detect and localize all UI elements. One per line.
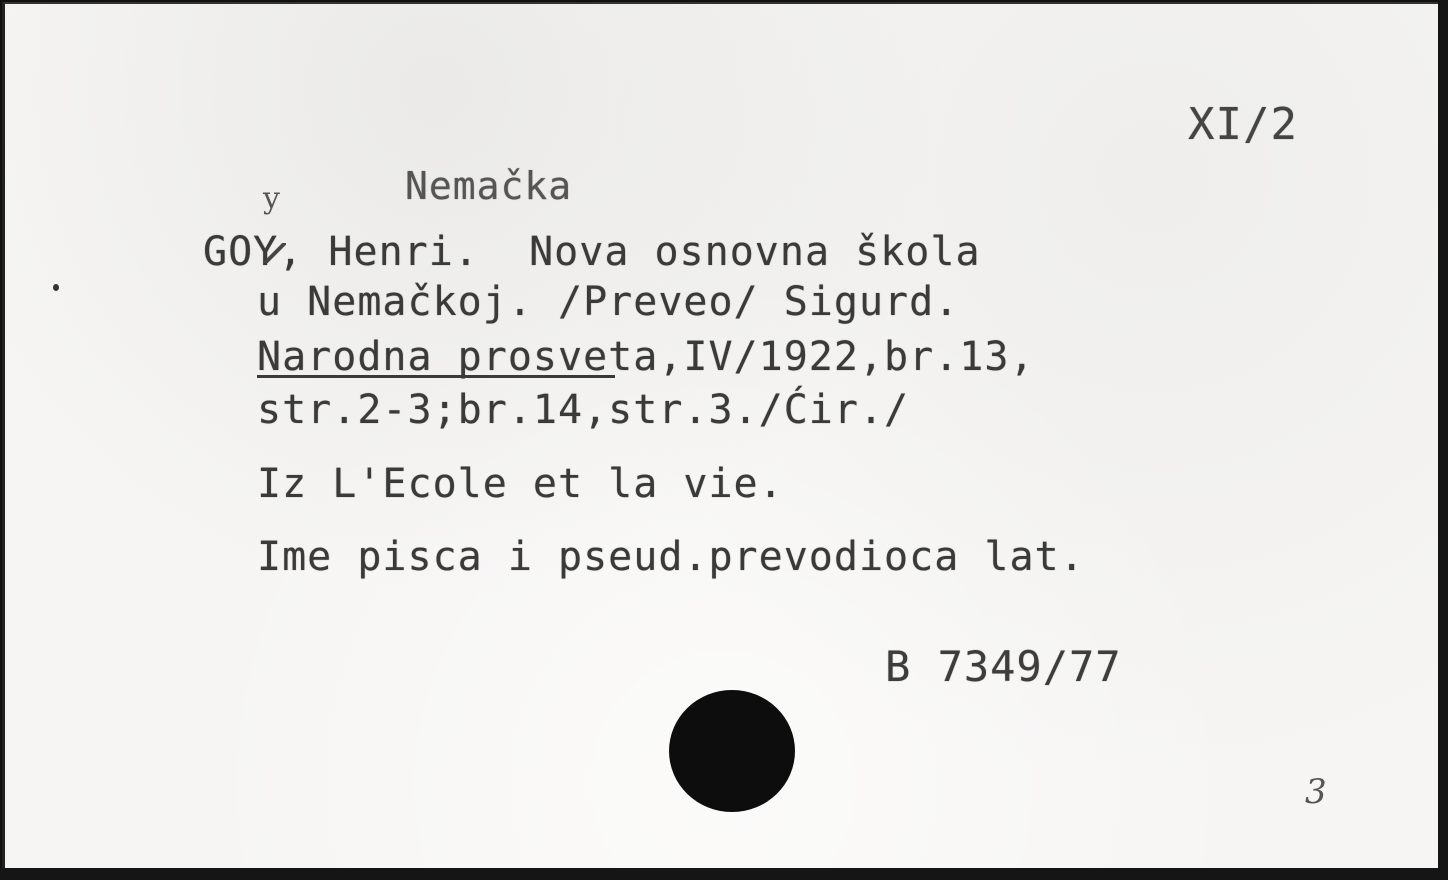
classification-code: XI/2 (1188, 99, 1298, 150)
entry-title-translator-line: u Nemačkoj. /Preveo/ Sigurd. (257, 279, 959, 325)
struck-letter-mark (264, 243, 286, 263)
catalog-card: XI/2 Nemačka y GOY, Henri. Nova osnovna … (2, 2, 1441, 870)
handwritten-count: 3 (1305, 772, 1327, 812)
entry-author-title-line: GOY, Henri. Nova osnovna škola (203, 229, 981, 275)
entry-pages-line: str.2-3;br.14,str.3./Ćir./ (257, 387, 909, 433)
subject-heading: Nemačka (405, 164, 572, 208)
ink-speck (53, 284, 59, 291)
entry-original-note: Iz L'Ecole et la vie. (257, 461, 784, 507)
punch-hole (669, 690, 795, 812)
entry-name-note: Ime pisca i pseud.prevodioca lat. (257, 534, 1085, 580)
scan-border-bottom (0, 868, 1448, 880)
source-title-underline (257, 375, 615, 378)
entry-source-line: Narodna prosveta,IV/1922,br.13, (257, 334, 1035, 380)
scan-border-right (1438, 0, 1448, 880)
call-number: B 7349/77 (885, 642, 1122, 691)
